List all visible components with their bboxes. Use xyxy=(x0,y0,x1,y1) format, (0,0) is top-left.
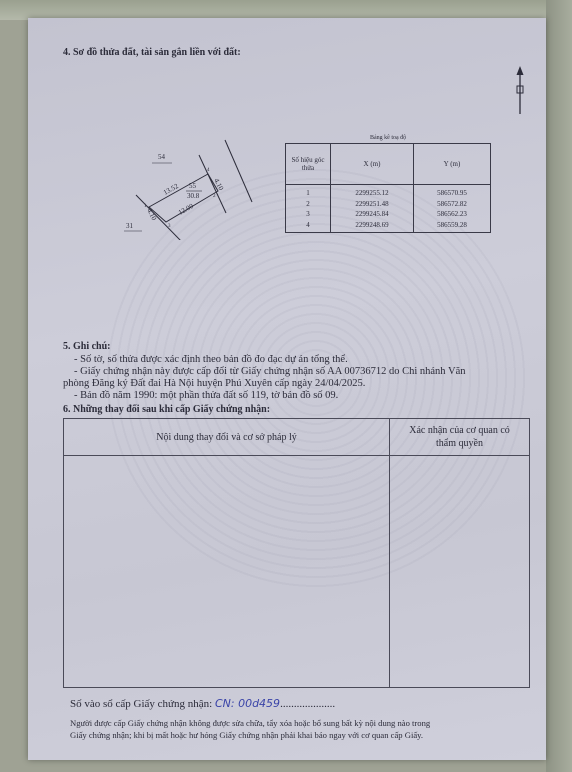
edge-left-length: 4.10 xyxy=(145,207,158,222)
col-corner-id: Số hiệu góc thửa xyxy=(286,144,331,185)
background-edge xyxy=(546,0,572,772)
svg-text:4: 4 xyxy=(207,168,210,173)
background-top xyxy=(0,0,572,20)
col-x: X (m) xyxy=(331,144,414,185)
register-value: CN: 00d459 xyxy=(215,697,280,710)
coordinate-table: Số hiệu góc thửa X (m) Y (m) 1234 229925… xyxy=(285,143,491,233)
section4-title: 4. Sơ đồ thửa đất, tài sản gắn liền với … xyxy=(63,47,241,58)
warning-line-2: Giấy chứng nhận; khi bị mất hoặc hư hỏng… xyxy=(70,730,423,740)
parcel-sketch: 54 31 55 30.8 13.52 4.10 12.00 4.10 1 2 … xyxy=(110,135,280,240)
edge-bottom-length: 12.00 xyxy=(177,202,195,217)
neighbor-54: 54 xyxy=(158,153,166,161)
note-line-4: - Bản đồ năm 1990: một phần thửa đất số … xyxy=(74,389,338,402)
changes-table: Nội dung thay đổi và cơ sở pháp lý Xác n… xyxy=(63,418,530,688)
section6-title: 6. Những thay đổi sau khi cấp Giấy chứng… xyxy=(63,404,270,415)
svg-text:3: 3 xyxy=(168,224,171,229)
register-label: Số vào sổ cấp Giấy chứng nhận: xyxy=(70,698,212,710)
warning-line-1: Người được cấp Giấy chứng nhận không đượ… xyxy=(70,718,430,728)
change-content-cell xyxy=(64,456,390,688)
svg-text:2: 2 xyxy=(213,194,216,199)
coord-table-caption: Bảng kê toạ độ xyxy=(370,135,406,141)
parcel-area: 30.8 xyxy=(187,192,200,200)
col-authority-confirmation: Xác nhận của cơ quan có thẩm quyền xyxy=(390,419,530,456)
svg-text:1: 1 xyxy=(144,204,147,209)
authority-confirmation-cell xyxy=(390,456,530,688)
north-arrow-icon xyxy=(514,66,526,116)
section5-title: 5. Ghi chú: xyxy=(63,341,111,352)
table-row: 1234 2299255.122299251.482299245.8422992… xyxy=(286,185,491,233)
parcel-number: 55 xyxy=(189,182,197,190)
col-change-content: Nội dung thay đổi và cơ sở pháp lý xyxy=(64,419,390,456)
neighbor-31: 31 xyxy=(126,222,134,230)
col-y: Y (m) xyxy=(414,144,491,185)
register-number: Số vào sổ cấp Giấy chứng nhận: CN: 00d45… xyxy=(70,697,335,710)
